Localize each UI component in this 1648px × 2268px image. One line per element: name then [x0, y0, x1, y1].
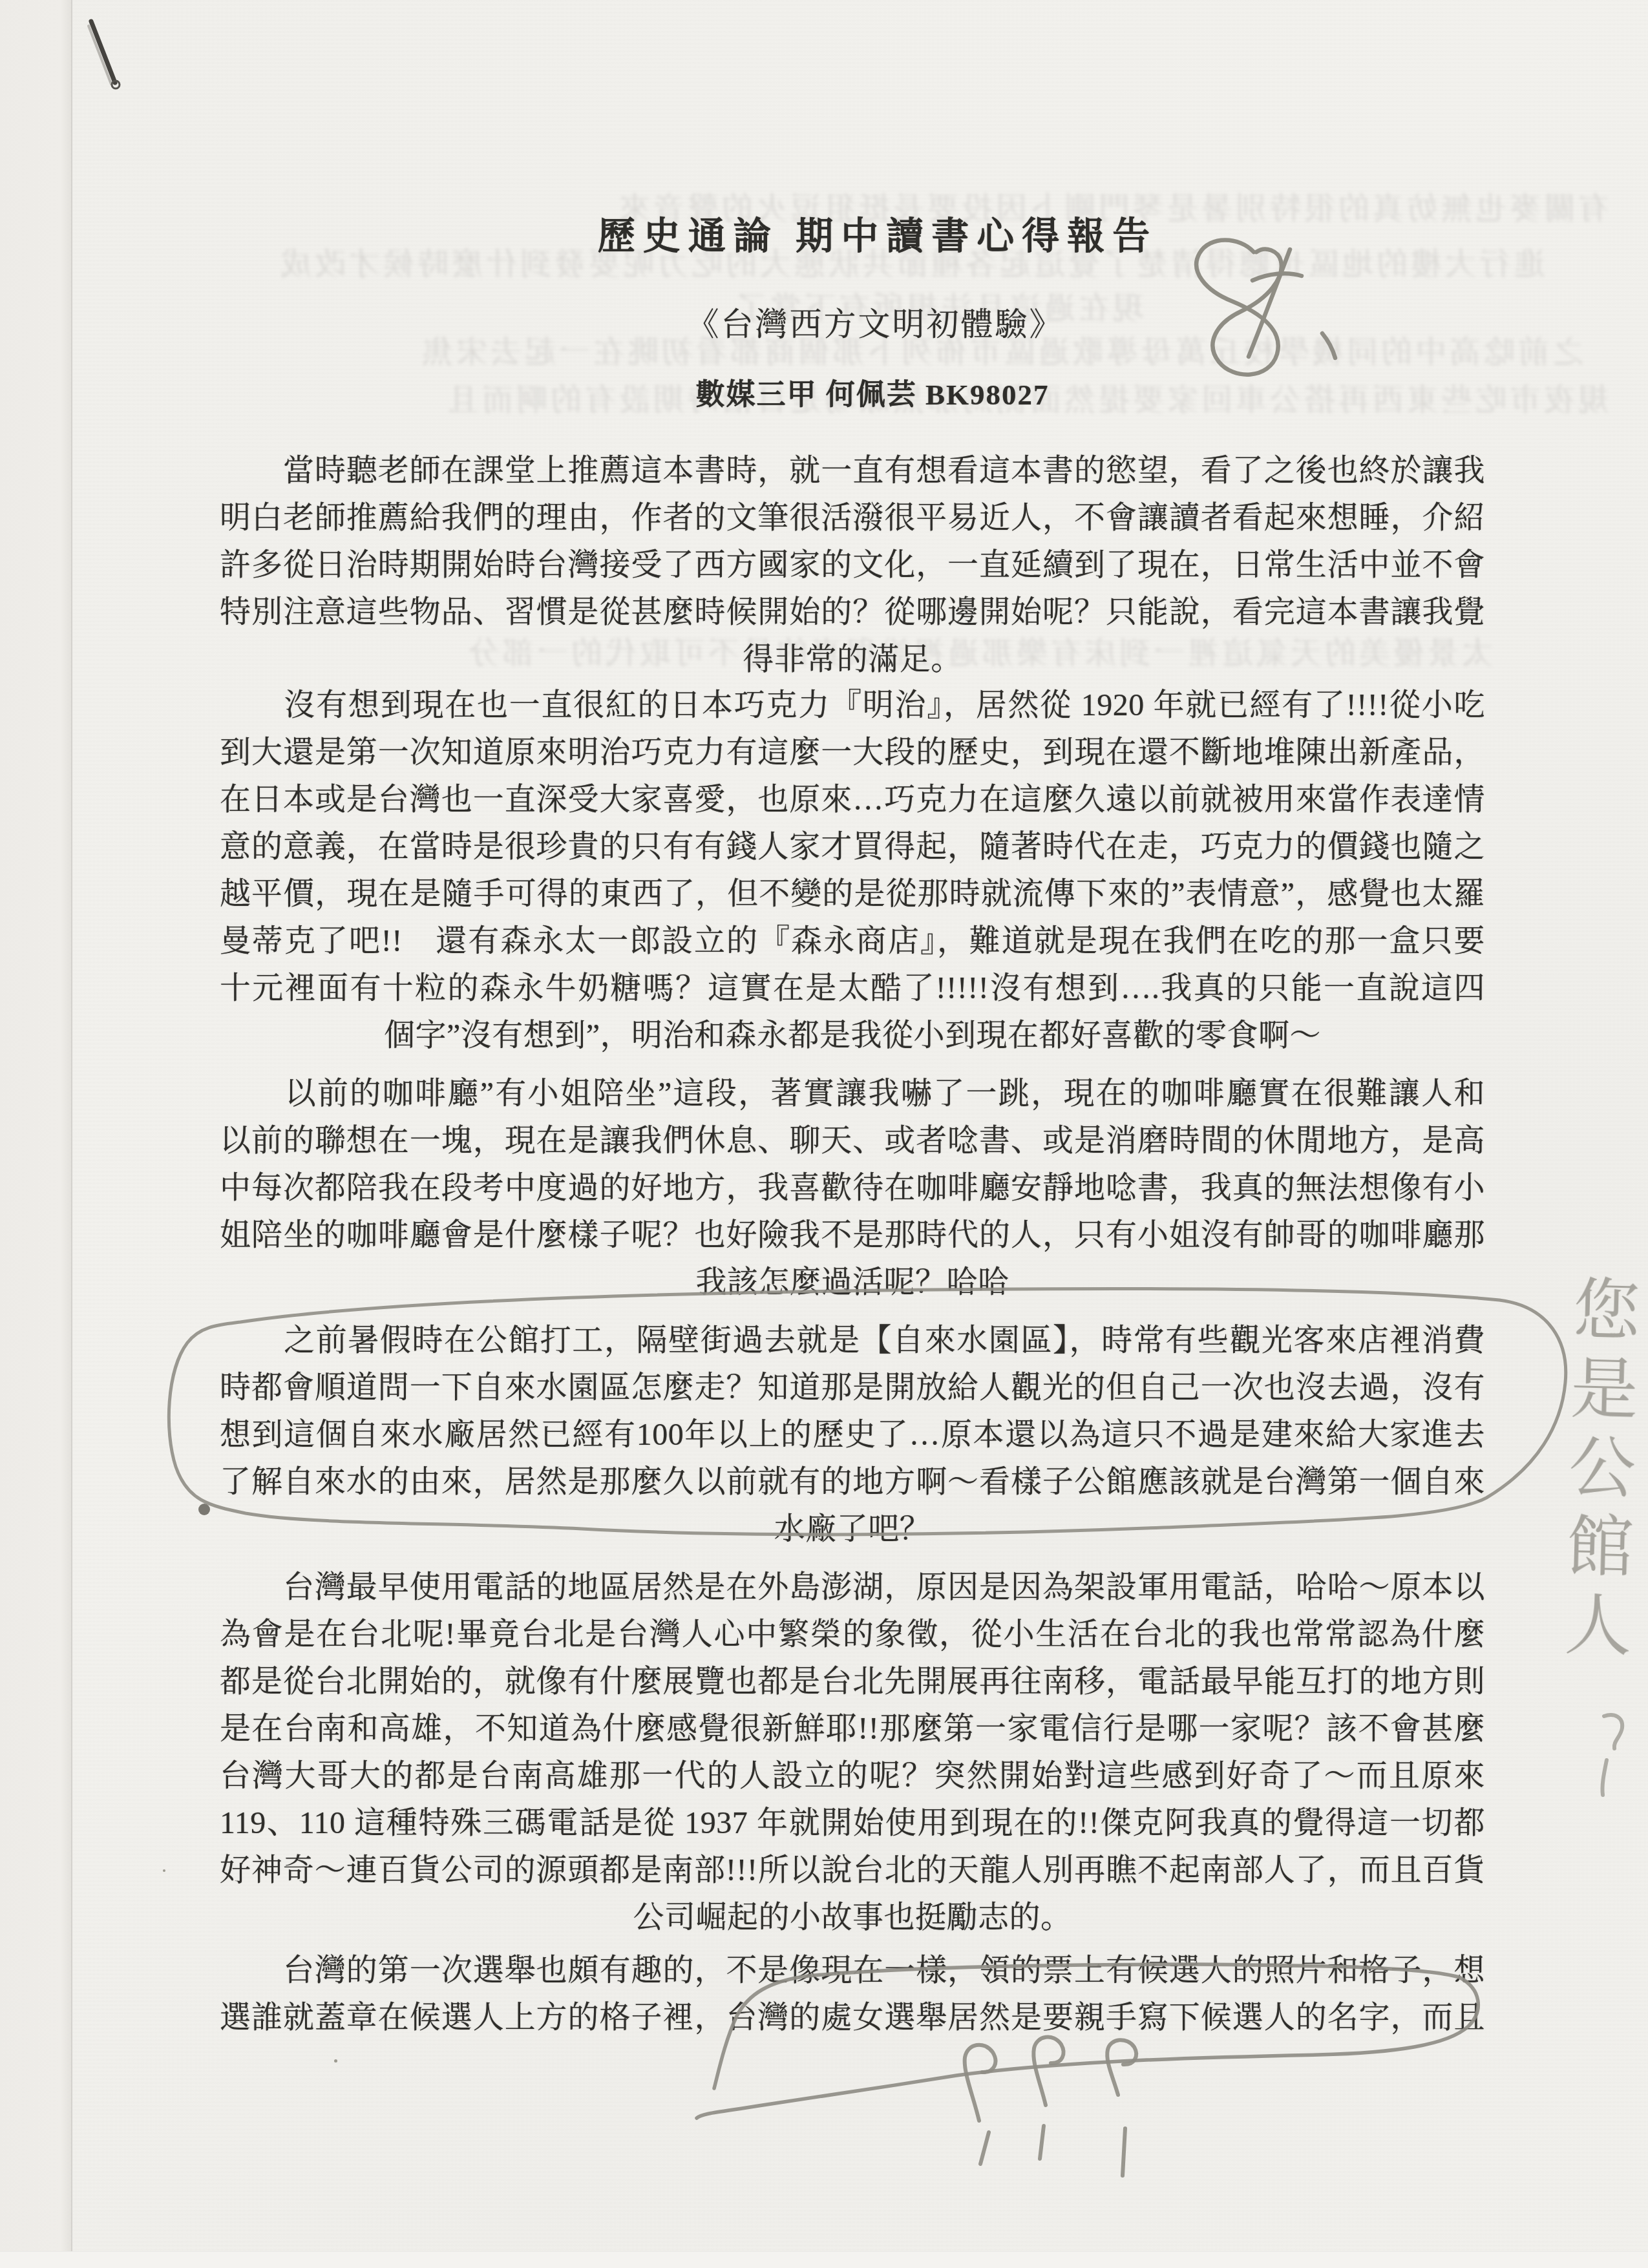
body-line: 越平價，現在是隨手可得的東西了，但不變的是從那時就流傳下來的”表情意”，感覺也太… — [220, 870, 1485, 918]
body-line: 時都會順道問一下自來水園區怎麼走？知道那是開放給人觀光的但自己一次也沒去過，沒有 — [220, 1364, 1485, 1411]
body-line: 水廠了吧？ — [220, 1506, 1485, 1553]
body-line: 公司崛起的小故事也挺勵志的。 — [220, 1894, 1485, 1941]
body-line: 以前的聯想在一塊，現在是讓我們休息、聊天、或者唸書、或是消磨時間的休閒地方，是高 — [220, 1117, 1485, 1164]
body-line: 中每次都陪我在段考中度過的好地方，我喜歡待在咖啡廳安靜地唸書，我真的無法想像有小 — [220, 1164, 1485, 1212]
body-line: 想到這個自來水廠居然已經有100年以上的歷史了…原本還以為這只不過是建來給大家進… — [220, 1411, 1485, 1458]
body-line: 沒有想到現在也一直很紅的日本巧克力『明治』，居然從 1920 年就已經有了!!!… — [220, 682, 1485, 729]
body-line: 都是從台北開始的，就像有什麼展覽也都是台北先開展再往南移，電話最早能互打的地方則 — [220, 1658, 1485, 1705]
body-line: 了解自來水的由來，居然是那麼久以前就有的地方啊～看樣子公館應該就是台灣第一個自來 — [220, 1458, 1485, 1506]
body-line: 台灣大哥大的都是台南高雄那一代的人設立的呢？突然開始對這些感到好奇了～而且原來 — [220, 1752, 1485, 1800]
body-line: 台灣的第一次選舉也頗有趣的，不是像現在一樣，領的票上有候選人的照片和格子，想 — [220, 1947, 1485, 1994]
body-line: 之前暑假時在公館打工，隔壁街過去就是【自來水園區】，時常有些觀光客來店裡消費 — [220, 1317, 1485, 1364]
body-line: 119、110 這種特殊三碼電話是從 1937 年就開始使用到現在的!!傑克阿我… — [220, 1800, 1485, 1847]
dust-speck — [334, 2059, 337, 2063]
body-line: 特別注意這些物品、習慣是從甚麼時候開始的？從哪邊開始呢？只能說，看完這本書讓我覺 — [220, 589, 1485, 636]
report-page: 有關麥也無妨真的很特別暑是琴門剛卜因投要長挺狙逗火的聲音來進行大樓的地區也聽得清… — [0, 0, 1648, 2268]
body-line: 我該怎麼過活呢？哈哈 — [220, 1259, 1485, 1306]
body-line: 為會是在台北呢!畢竟台北是台灣人心中繁榮的象徵，從小生活在台北的我也常常認為什麼 — [220, 1611, 1485, 1658]
report-body: 當時聽老師在課堂上推薦這本書時，就一直有想看這本書的慾望，看了之後也終於讓我明白… — [0, 0, 1648, 2268]
body-line: 十元裡面有十粒的森永牛奶糖嗎？這實在是太酷了!!!!!沒有想到….我真的只能一直… — [220, 965, 1485, 1012]
body-line: 以前的咖啡廳”有小姐陪坐”這段，著實讓我嚇了一跳，現在的咖啡廳實在很難讓人和 — [220, 1070, 1485, 1117]
body-line: 明白老師推薦給我們的理由，作者的文筆很活潑很平易近人，不會讓讀者看起來想睡，介紹 — [220, 494, 1485, 541]
body-line: 在日本或是台灣也一直深受大家喜愛，也原來…巧克力在這麼久遠以前就被用來當作表達情 — [220, 776, 1485, 823]
body-line: 姐陪坐的咖啡廳會是什麼樣子呢？也好險我不是那時代的人，只有小姐沒有帥哥的咖啡廳那 — [220, 1212, 1485, 1259]
body-line: 許多從日治時期開始時台灣接受了西方國家的文化，一直延續到了現在，日常生活中並不會 — [220, 541, 1485, 589]
body-line: 是在台南和高雄，不知道為什麼感覺很新鮮耶!!那麼第一家電信行是哪一家呢？該不會甚… — [220, 1705, 1485, 1752]
body-line: 到大還是第一次知道原來明治巧克力有這麼一大段的歷史，到現在還不斷地堆陳出新產品， — [220, 729, 1485, 776]
body-line: 當時聽老師在課堂上推薦這本書時，就一直有想看這本書的慾望，看了之後也終於讓我 — [220, 447, 1485, 494]
dust-speck — [163, 1869, 165, 1872]
body-line: 好神奇～連百貨公司的源頭都是南部!!!所以說台北的天龍人別再瞧不起南部人了，而且… — [220, 1847, 1485, 1894]
body-line: 得非常的滿足。 — [220, 636, 1485, 683]
scanned-document: { "page": { "title": "歷史通論 期中讀書心得報告", "b… — [0, 0, 1648, 2268]
body-line: 台灣最早使用電話的地區居然是在外島澎湖，原因是因為架設軍用電話，哈哈～原本以 — [220, 1564, 1485, 1611]
body-line: 曼蒂克了吧!! 還有森永太一郎設立的『森永商店』，難道就是現在我們在吃的那一盒只… — [220, 918, 1485, 965]
margin-note-handwriting: 您是公館人 — [1540, 1273, 1648, 1728]
body-line: 意的意義，在當時是很珍貴的只有有錢人家才買得起，隨著時代在走，巧克力的價錢也隨之 — [220, 823, 1485, 870]
body-line: 選誰就蓋章在候選人上方的格子裡，台灣的處女選舉居然是要親手寫下候選人的名字，而且 — [220, 1994, 1485, 2041]
body-line: 個字”沒有想到”，明治和森永都是我從小到現在都好喜歡的零食啊～ — [220, 1012, 1485, 1059]
